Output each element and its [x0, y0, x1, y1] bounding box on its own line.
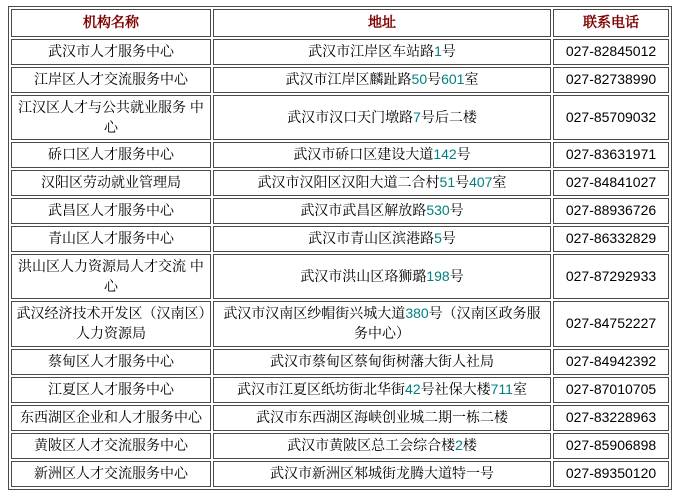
address-cell: 武汉市东西湖区海峡创业城二期一栋二楼	[213, 405, 551, 431]
col-header-org-name: 机构名称	[11, 9, 211, 37]
phone-cell: 027-83228963	[553, 405, 669, 431]
phone-cell: 027-84752227	[553, 301, 669, 346]
phone-cell: 027-84841027	[553, 170, 669, 196]
org-name-cell: 洪山区人力资源局人才交流 中心	[11, 254, 211, 299]
address-cell: 武汉市新洲区邾城街龙腾大道特一号	[213, 461, 551, 487]
header-row: 机构名称 地址 联系电话	[11, 9, 669, 37]
phone-cell: 027-87010705	[553, 377, 669, 403]
org-name-cell: 东西湖区企业和人才服务中心	[11, 405, 211, 431]
table-row: 武汉经济技术开发区（汉南区）人力资源局 武汉市汉南区纱帽街兴城大道380号（汉南…	[11, 301, 669, 346]
org-contact-table: 机构名称 地址 联系电话 武汉市人才服务中心 武汉市江岸区车站路1号 027-8…	[8, 6, 672, 490]
phone-cell: 027-89350120	[553, 461, 669, 487]
col-header-address: 地址	[213, 9, 551, 37]
address-cell: 武汉市硚口区建设大道142号	[213, 142, 551, 168]
phone-cell: 027-82845012	[553, 39, 669, 65]
phone-cell: 027-85906898	[553, 433, 669, 459]
org-name-cell: 江夏区人才服务中心	[11, 377, 211, 403]
col-header-phone: 联系电话	[553, 9, 669, 37]
table-row: 武汉市人才服务中心 武汉市江岸区车站路1号 027-82845012	[11, 39, 669, 65]
table-row: 江岸区人才交流服务中心 武汉市江岸区麟趾路50号601室 027-8273899…	[11, 67, 669, 93]
phone-cell: 027-88936726	[553, 198, 669, 224]
table-row: 东西湖区企业和人才服务中心 武汉市东西湖区海峡创业城二期一栋二楼 027-832…	[11, 405, 669, 431]
org-name-cell: 黄陂区人才交流服务中心	[11, 433, 211, 459]
address-cell: 武汉市汉阳区汉阳大道二合村51号407室	[213, 170, 551, 196]
table-row: 武昌区人才服务中心 武汉市武昌区解放路530号 027-88936726	[11, 198, 669, 224]
org-name-cell: 蔡甸区人才服务中心	[11, 349, 211, 375]
address-cell: 武汉市蔡甸区蔡甸街树藩大街人社局	[213, 349, 551, 375]
phone-cell: 027-82738990	[553, 67, 669, 93]
phone-cell: 027-83631971	[553, 142, 669, 168]
table-row: 硚口区人才服务中心 武汉市硚口区建设大道142号 027-83631971	[11, 142, 669, 168]
phone-cell: 027-85709032	[553, 95, 669, 140]
table-row: 黄陂区人才交流服务中心 武汉市黄陂区总工会综合楼2楼 027-85906898	[11, 433, 669, 459]
table-row: 汉阳区劳动就业管理局 武汉市汉阳区汉阳大道二合村51号407室 027-8484…	[11, 170, 669, 196]
address-cell: 武汉市武昌区解放路530号	[213, 198, 551, 224]
table-body: 武汉市人才服务中心 武汉市江岸区车站路1号 027-82845012 江岸区人才…	[11, 39, 669, 487]
phone-cell: 027-86332829	[553, 226, 669, 252]
org-name-cell: 武昌区人才服务中心	[11, 198, 211, 224]
address-cell: 武汉市黄陂区总工会综合楼2楼	[213, 433, 551, 459]
table-row: 洪山区人力资源局人才交流 中心 武汉市洪山区珞狮璐198号 027-872929…	[11, 254, 669, 299]
address-cell: 武汉市青山区滨港路5号	[213, 226, 551, 252]
table-row: 青山区人才服务中心 武汉市青山区滨港路5号 027-86332829	[11, 226, 669, 252]
address-cell: 武汉市江岸区麟趾路50号601室	[213, 67, 551, 93]
phone-cell: 027-87292933	[553, 254, 669, 299]
address-cell: 武汉市汉口天门墩路7号后二楼	[213, 95, 551, 140]
address-cell: 武汉市洪山区珞狮璐198号	[213, 254, 551, 299]
table-row: 新洲区人才交流服务中心 武汉市新洲区邾城街龙腾大道特一号 027-8935012…	[11, 461, 669, 487]
org-name-cell: 江汉区人才与公共就业服务 中心	[11, 95, 211, 140]
address-cell: 武汉市江岸区车站路1号	[213, 39, 551, 65]
org-name-cell: 武汉市人才服务中心	[11, 39, 211, 65]
org-name-cell: 江岸区人才交流服务中心	[11, 67, 211, 93]
phone-cell: 027-84942392	[553, 349, 669, 375]
table-row: 江夏区人才服务中心 武汉市江夏区纸坊街北华街42号社保大楼711室 027-87…	[11, 377, 669, 403]
table-row: 江汉区人才与公共就业服务 中心 武汉市汉口天门墩路7号后二楼 027-85709…	[11, 95, 669, 140]
org-name-cell: 武汉经济技术开发区（汉南区）人力资源局	[11, 301, 211, 346]
org-name-cell: 汉阳区劳动就业管理局	[11, 170, 211, 196]
table-row: 蔡甸区人才服务中心 武汉市蔡甸区蔡甸街树藩大街人社局 027-84942392	[11, 349, 669, 375]
org-name-cell: 新洲区人才交流服务中心	[11, 461, 211, 487]
org-name-cell: 硚口区人才服务中心	[11, 142, 211, 168]
address-cell: 武汉市江夏区纸坊街北华街42号社保大楼711室	[213, 377, 551, 403]
address-cell: 武汉市汉南区纱帽街兴城大道380号（汉南区政务服务中心）	[213, 301, 551, 346]
org-name-cell: 青山区人才服务中心	[11, 226, 211, 252]
